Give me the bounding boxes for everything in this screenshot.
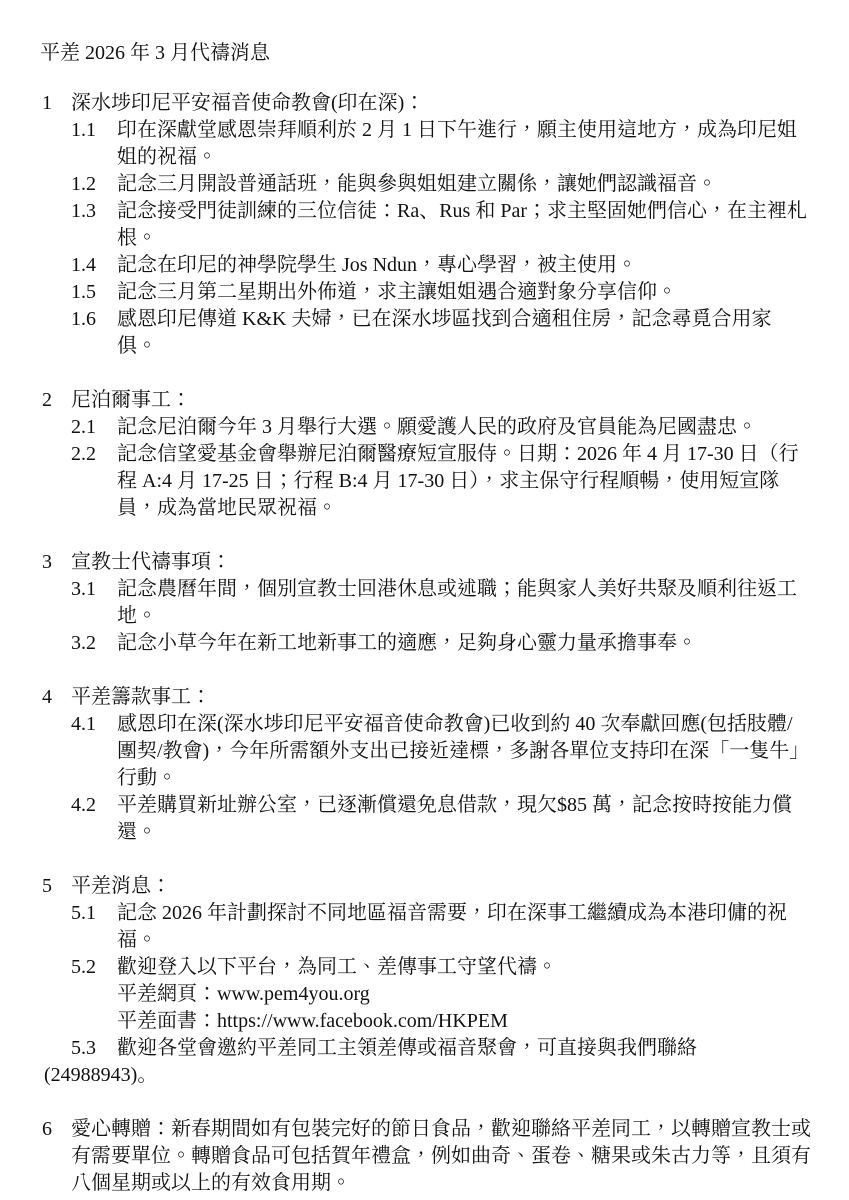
item-number: 3.1 (71, 576, 96, 603)
item-text: 記念三月第二星期出外佈道，求主讓姐姐遇合適對象分享信仰。 (117, 281, 677, 303)
item-text: 記念接受門徒訓練的三位信徒：Ra、Rus 和 Par；求主堅固她們信心，在主裡札… (117, 200, 807, 249)
item-text: 感恩印在深(深水埗印尼平安福音使命教會)已收到約 40 次奉獻回應(包括肢體/團… (117, 713, 809, 789)
item-number: 1.3 (71, 198, 96, 225)
prayer-item: 1.1 印在深獻堂感恩崇拜順利於 2 月 1 日下午進行，願主使用這地方，成為印… (71, 117, 811, 171)
section-heading-row: 1 深水埗印尼平安福音使命教會(印在深)： (40, 90, 811, 117)
section-heading: 尼泊爾事工： (71, 389, 191, 411)
item-number: 1.2 (71, 171, 96, 198)
prayer-item: 5.3 歡迎各堂會邀約平差同工主領差傳或福音聚會，可直接與我們聯絡 (71, 1035, 811, 1062)
item-text: 平差購買新址辦公室，已逐漸償還免息借款，現欠$85 萬，記念按時按能力償還。 (117, 794, 792, 843)
section-heading-row: 4 平差籌款事工： (40, 684, 811, 711)
item-text: 歡迎各堂會邀約平差同工主領差傳或福音聚會，可直接與我們聯絡 (117, 1037, 697, 1059)
section-number: 1 (42, 90, 52, 117)
item-number: 1.6 (71, 306, 96, 333)
section-heading: 愛心轉贈：新春期間如有包裝完好的節日食品，歡迎聯絡平差同工，以轉贈宣教士或有需要… (71, 1118, 811, 1194)
section-number: 6 (42, 1116, 52, 1143)
plain-line: 平差面書：https://www.facebook.com/HKPEM (117, 1008, 811, 1035)
item-text: 感恩印尼傳道 K&K 夫婦，已在深水埗區找到合適租住房，記念尋覓合用家俱。 (117, 308, 771, 357)
item-number: 5.2 (71, 954, 96, 981)
prayer-item: 5.1 記念 2026 年計劃探討不同地區福音需要，印在深事工繼續成為本港印傭的… (71, 900, 811, 954)
item-number: 4.2 (71, 792, 96, 819)
sections-container: 1 深水埗印尼平安福音使命教會(印在深)： 1.1 印在深獻堂感恩崇拜順利於 2… (40, 90, 811, 1197)
item-text: 記念在印尼的神學院學生 Jos Ndun，專心學習，被主使用。 (117, 254, 637, 276)
section-number: 2 (42, 387, 52, 414)
prayer-section: 1 深水埗印尼平安福音使命教會(印在深)： 1.1 印在深獻堂感恩崇拜順利於 2… (40, 90, 811, 360)
item-number: 1.1 (71, 117, 96, 144)
prayer-section: 5 平差消息： 5.1 記念 2026 年計劃探討不同地區福音需要，印在深事工繼… (40, 873, 811, 1089)
prayer-section: 4 平差籌款事工： 4.1 感恩印在深(深水埗印尼平安福音使命教會)已收到約 4… (40, 684, 811, 846)
item-text: 記念 2026 年計劃探討不同地區福音需要，印在深事工繼續成為本港印傭的祝福。 (117, 902, 787, 951)
section-heading-row: 5 平差消息： (40, 873, 811, 900)
prayer-item: 4.2 平差購買新址辦公室，已逐漸償還免息借款，現欠$85 萬，記念按時按能力償… (71, 792, 811, 846)
prayer-item: 5.2 歡迎登入以下平台，為同工、差傳事工守望代禱。 (71, 954, 811, 981)
section-heading-row: 3 宣教士代禱事項： (40, 549, 811, 576)
prayer-item: 1.4 記念在印尼的神學院學生 Jos Ndun，專心學習，被主使用。 (71, 252, 811, 279)
section-heading: 平差籌款事工： (71, 686, 211, 708)
section-items: 1.1 印在深獻堂感恩崇拜順利於 2 月 1 日下午進行，願主使用這地方，成為印… (71, 117, 811, 360)
document-page: 平差 2026 年 3 月代禱消息 1 深水埗印尼平安福音使命教會(印在深)： … (0, 0, 849, 1200)
prayer-item: 1.5 記念三月第二星期出外佈道，求主讓姐姐遇合適對象分享信仰。 (71, 279, 811, 306)
item-number: 2.1 (71, 414, 96, 441)
document-title: 平差 2026 年 3 月代禱消息 (40, 40, 811, 67)
item-number: 4.1 (71, 711, 96, 738)
section-items: 5.1 記念 2026 年計劃探討不同地區福音需要，印在深事工繼續成為本港印傭的… (71, 900, 811, 1089)
section-number: 5 (42, 873, 52, 900)
item-text: 記念尼泊爾今年 3 月舉行大選。願愛護人民的政府及官員能為尼國盡忠。 (117, 416, 757, 438)
prayer-item: 1.3 記念接受門徒訓練的三位信徒：Ra、Rus 和 Par；求主堅固她們信心，… (71, 198, 811, 252)
section-number: 3 (42, 549, 52, 576)
section-heading: 宣教士代禱事項： (71, 551, 231, 573)
section-items: 3.1 記念農曆年間，個別宣教士回港休息或述職；能與家人美好共聚及順利往返工地。… (71, 576, 811, 657)
item-text: 歡迎登入以下平台，為同工、差傳事工守望代禱。 (117, 956, 557, 978)
prayer-item: 1.6 感恩印尼傳道 K&K 夫婦，已在深水埗區找到合適租住房，記念尋覓合用家俱… (71, 306, 811, 360)
section-heading-row: 2 尼泊爾事工： (40, 387, 811, 414)
section-heading: 平差消息： (71, 875, 171, 897)
prayer-item: 4.1 感恩印在深(深水埗印尼平安福音使命教會)已收到約 40 次奉獻回應(包括… (71, 711, 811, 792)
item-number: 3.2 (71, 630, 96, 657)
prayer-item: 3.1 記念農曆年間，個別宣教士回港休息或述職；能與家人美好共聚及順利往返工地。 (71, 576, 811, 630)
item-number: 5.3 (71, 1035, 96, 1062)
prayer-section: 3 宣教士代禱事項： 3.1 記念農曆年間，個別宣教士回港休息或述職；能與家人美… (40, 549, 811, 657)
item-text: 印在深獻堂感恩崇拜順利於 2 月 1 日下午進行，願主使用這地方，成為印尼姐姐的… (117, 119, 797, 168)
prayer-item: 1.2 記念三月開設普通話班，能與參與姐姐建立關係，讓她們認識福音。 (71, 171, 811, 198)
item-text: 記念農曆年間，個別宣教士回港休息或述職；能與家人美好共聚及順利往返工地。 (117, 578, 797, 627)
section-heading: 深水埗印尼平安福音使命教會(印在深)： (71, 92, 424, 114)
item-text: 記念小草今年在新工地新事工的適應，足夠身心靈力量承擔事奉。 (117, 632, 697, 654)
prayer-section: 6 愛心轉贈：新春期間如有包裝完好的節日食品，歡迎聯絡平差同工，以轉贈宣教士或有… (40, 1116, 811, 1197)
prayer-item: 3.2 記念小草今年在新工地新事工的適應，足夠身心靈力量承擔事奉。 (71, 630, 811, 657)
prayer-item: 2.2 記念信望愛基金會舉辦尼泊爾醫療短宣服侍。日期：2026 年 4 月 17… (71, 441, 811, 522)
item-number: 1.5 (71, 279, 96, 306)
item-number: 5.1 (71, 900, 96, 927)
section-number: 4 (42, 684, 52, 711)
section-items: 2.1 記念尼泊爾今年 3 月舉行大選。願愛護人民的政府及官員能為尼國盡忠。 2… (71, 414, 811, 522)
item-number: 2.2 (71, 441, 96, 468)
plain-line: 平差網頁：www.pem4you.org (117, 981, 811, 1008)
prayer-section: 2 尼泊爾事工： 2.1 記念尼泊爾今年 3 月舉行大選。願愛護人民的政府及官員… (40, 387, 811, 522)
item-text: 記念信望愛基金會舉辦尼泊爾醫療短宣服侍。日期：2026 年 4 月 17-30 … (117, 443, 799, 519)
section-items: 4.1 感恩印在深(深水埗印尼平安福音使命教會)已收到約 40 次奉獻回應(包括… (71, 711, 811, 846)
item-number: 1.4 (71, 252, 96, 279)
item-text: 記念三月開設普通話班，能與參與姐姐建立關係，讓她們認識福音。 (117, 173, 717, 195)
outdent-line: (24988943)。 (44, 1062, 811, 1089)
section-heading-row: 6 愛心轉贈：新春期間如有包裝完好的節日食品，歡迎聯絡平差同工，以轉贈宣教士或有… (40, 1116, 811, 1197)
prayer-item: 2.1 記念尼泊爾今年 3 月舉行大選。願愛護人民的政府及官員能為尼國盡忠。 (71, 414, 811, 441)
